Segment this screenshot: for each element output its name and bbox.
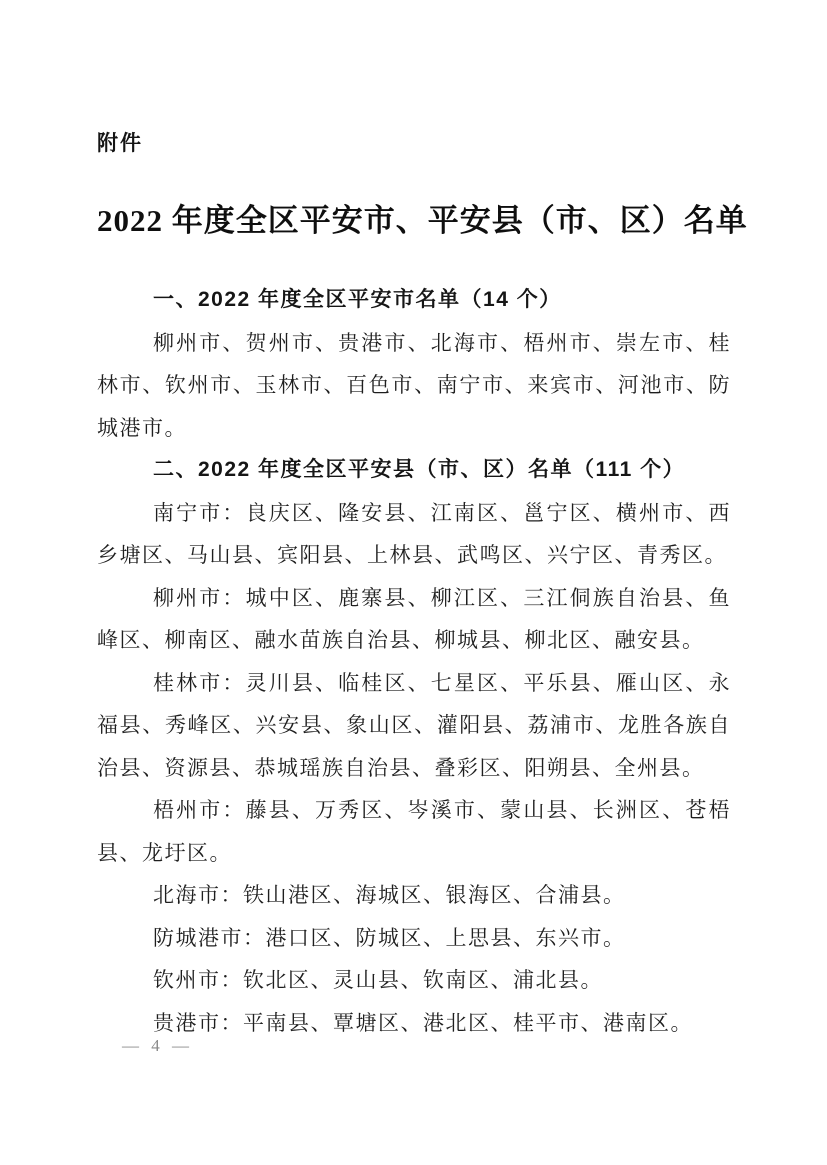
attachment-label: 附件 — [97, 132, 731, 156]
safe-counties-guilin: 桂林市：灵川县、临桂区、七星区、平乐县、雁山区、永福县、秀峰区、兴安县、象山区、… — [97, 662, 731, 790]
safe-counties-nanning: 南宁市：良庆区、隆安县、江南区、邕宁区、横州市、西乡塘区、马山县、宾阳县、上林县… — [97, 492, 731, 577]
document-page: 附件 2022 年度全区平安市、平安县（市、区）名单 一、2022 年度全区平安… — [0, 0, 827, 1165]
safe-counties-fangchenggang: 防城港市：港口区、防城区、上思县、东兴市。 — [97, 917, 731, 960]
safe-counties-liuzhou: 柳州市：城中区、鹿寨县、柳江区、三江侗族自治县、鱼峰区、柳南区、融水苗族自治县、… — [97, 577, 731, 662]
section-safe-cities: 一、2022 年度全区平安市名单（14 个） 柳州市、贺州市、贵港市、北海市、梧… — [97, 279, 731, 449]
document-title: 2022 年度全区平安市、平安县（市、区）名单 — [97, 201, 731, 241]
safe-counties-wuzhou: 梧州市：藤县、万秀区、岑溪市、蒙山县、长洲区、苍梧县、龙圩区。 — [97, 789, 731, 874]
safe-counties-beihai: 北海市：铁山港区、海城区、银海区、合浦县。 — [97, 874, 731, 917]
section-heading-safe-cities: 一、2022 年度全区平安市名单（14 个） — [97, 279, 731, 322]
page-number: — 4 — — [122, 1036, 193, 1056]
section-heading-safe-counties: 二、2022 年度全区平安县（市、区）名单（111 个） — [97, 449, 731, 492]
safe-counties-qinzhou: 钦州市：钦北区、灵山县、钦南区、浦北县。 — [97, 959, 731, 1002]
section-safe-counties: 二、2022 年度全区平安县（市、区）名单（111 个） 南宁市：良庆区、隆安县… — [97, 449, 731, 1044]
safe-cities-list: 柳州市、贺州市、贵港市、北海市、梧州市、崇左市、桂林市、钦州市、玉林市、百色市、… — [97, 322, 731, 450]
